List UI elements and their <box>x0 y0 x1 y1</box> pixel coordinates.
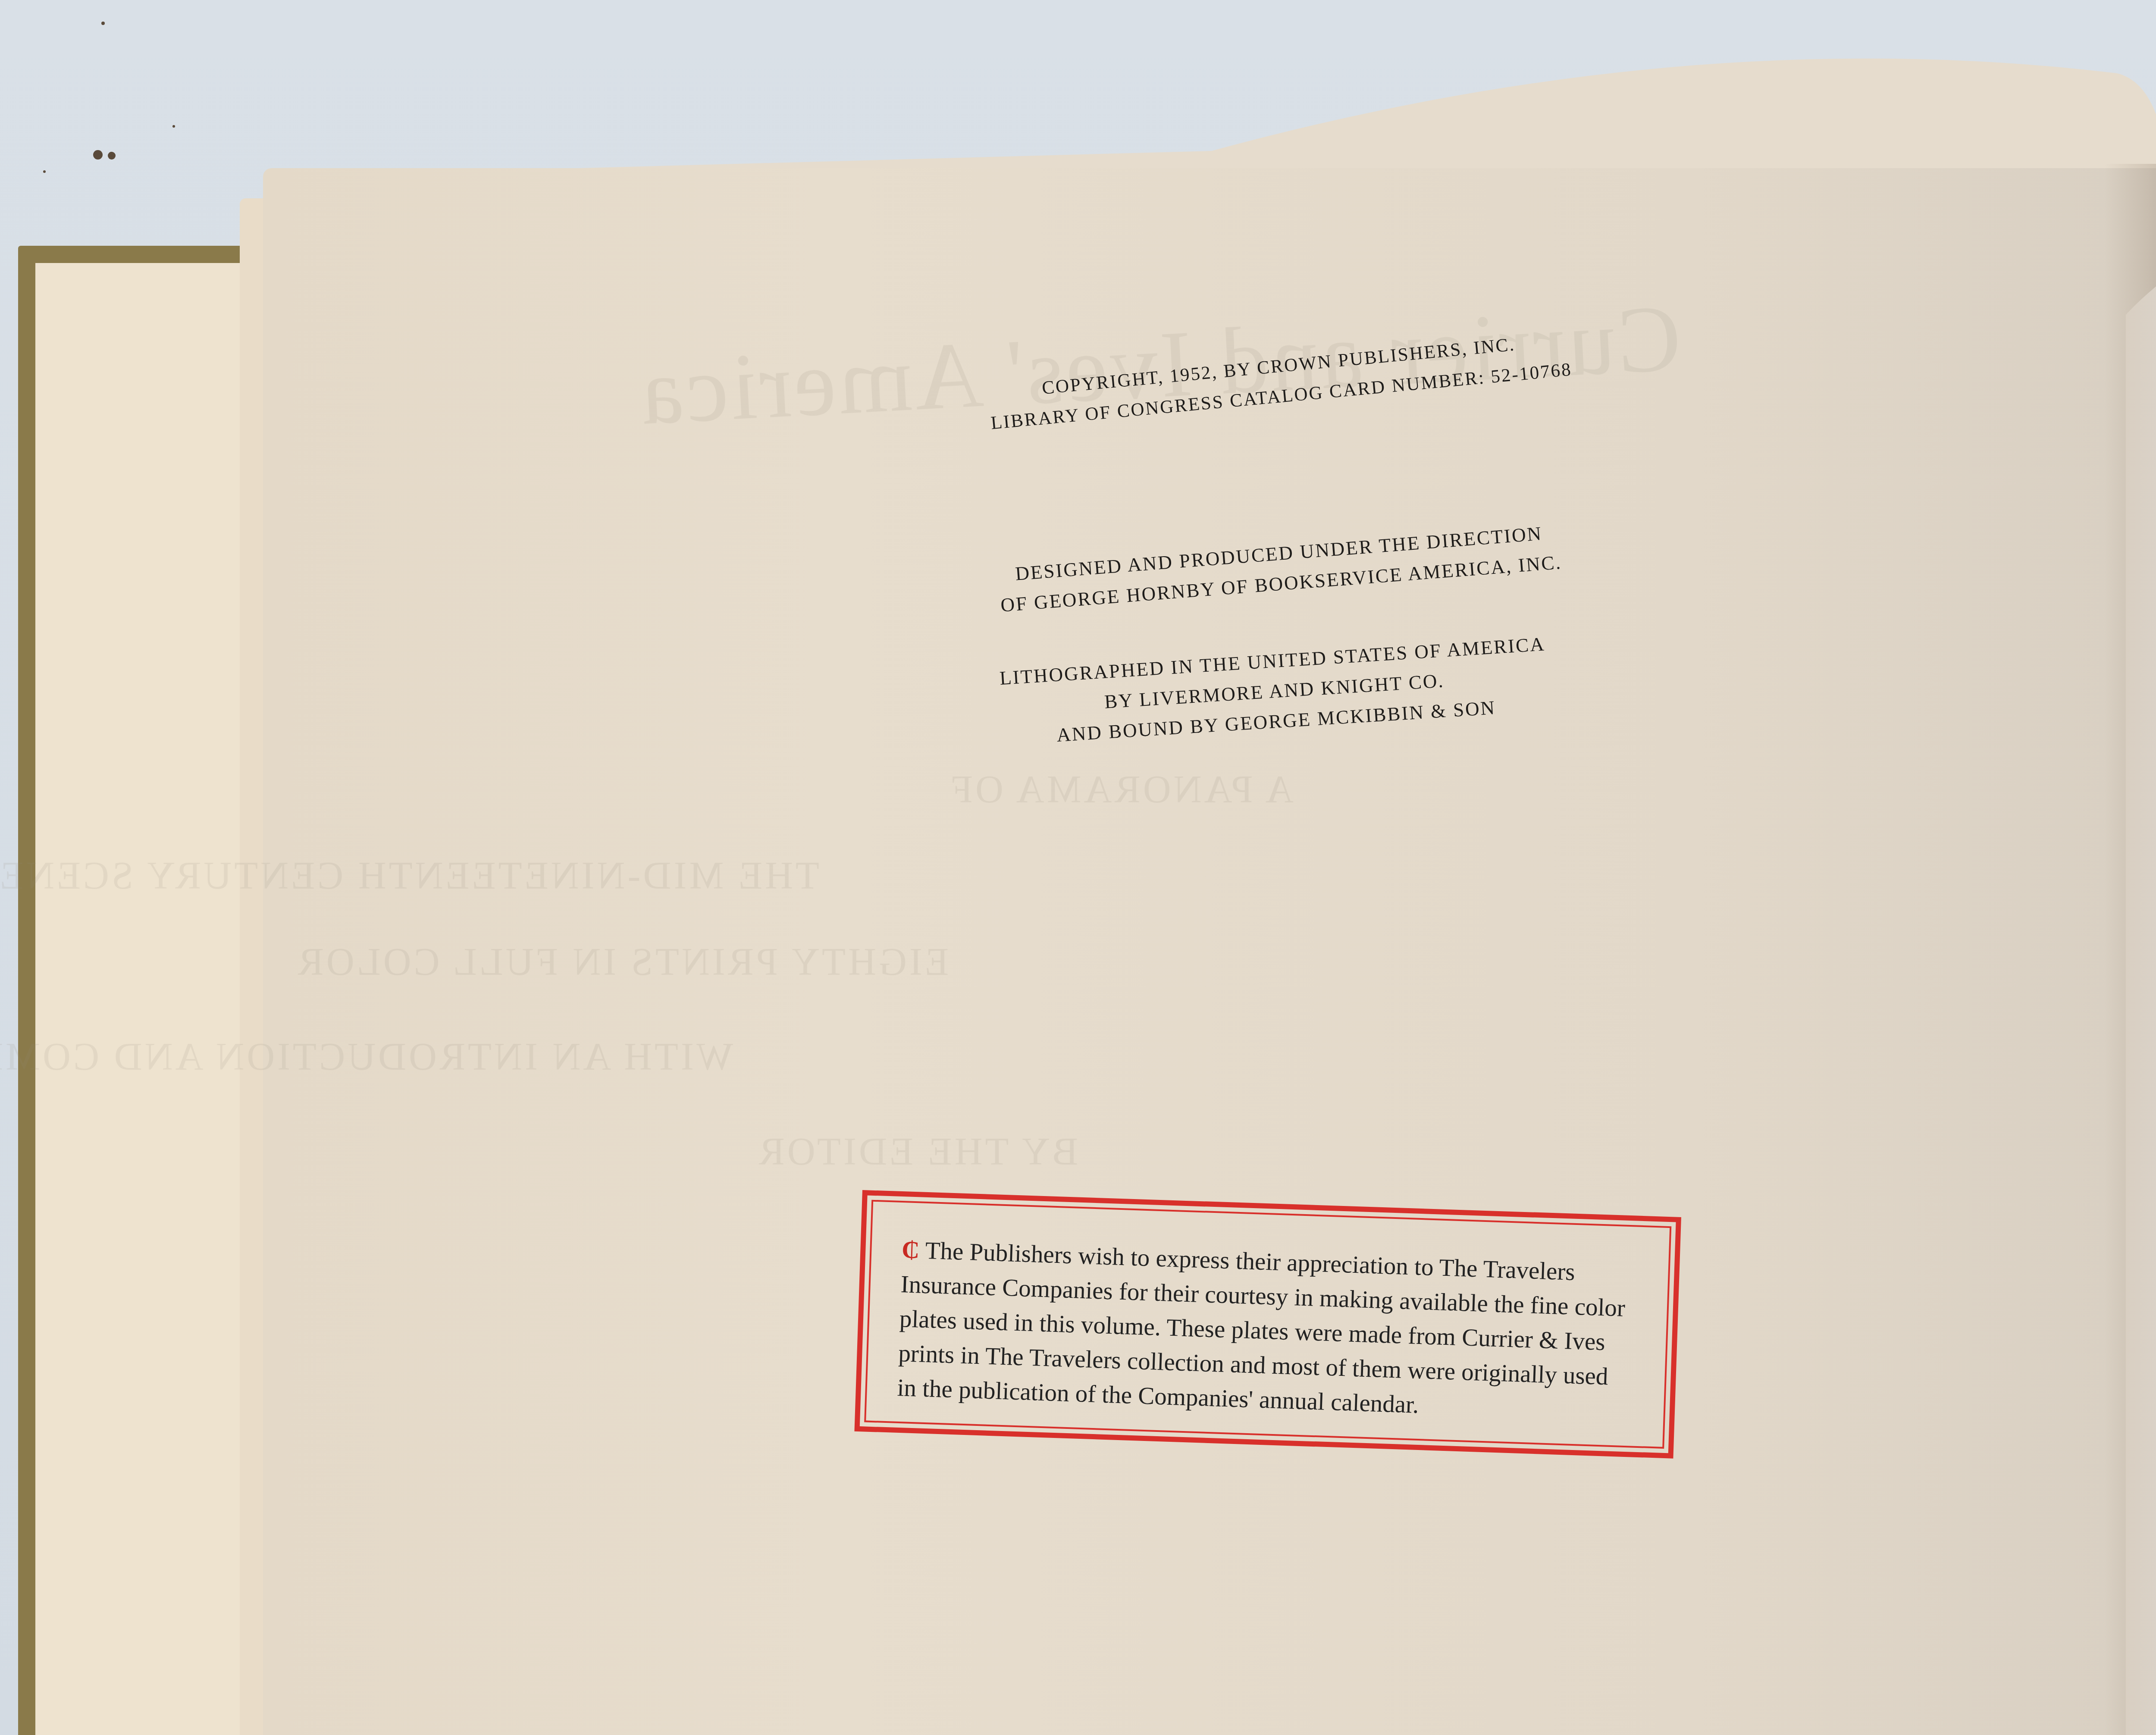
book-spread-scene: Currier and Ives' America A PANORAMA OF … <box>0 0 2156 1735</box>
table-of-contents: I. THE BEGINNING the invention of lith m… <box>0 0 2156 1735</box>
